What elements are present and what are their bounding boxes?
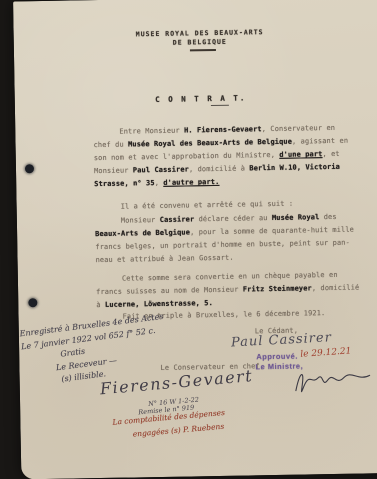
paragraph-parties: Entre Monsieur H. Fierens-Gevaert, Conse… bbox=[93, 122, 354, 192]
title-underline bbox=[211, 105, 229, 106]
paragraph-cession: Monsieur Cassirer déclare céder au Musée… bbox=[95, 211, 356, 268]
document-title: C O N T R A T. bbox=[15, 91, 377, 106]
approval-date: le 29.12.21 bbox=[300, 346, 352, 360]
cedant-signature: Paul Cassirer bbox=[231, 330, 333, 350]
institution-header: MUSEE ROYAL DES BEAUX-ARTS DE BELGIQUE bbox=[14, 26, 377, 49]
scanned-document: MUSEE ROYAL DES BEAUX-ARTS DE BELGIQUE C… bbox=[0, 0, 377, 479]
minister-signature bbox=[287, 361, 374, 400]
hole-punch-top bbox=[25, 164, 34, 173]
approuve-stamp: Approuvé. bbox=[256, 352, 298, 362]
accounting-note-line2: engagées (s) P. Ruebens bbox=[132, 422, 224, 439]
paper-sheet: MUSEE ROYAL DES BEAUX-ARTS DE BELGIQUE C… bbox=[13, 0, 377, 479]
paragraph-paiement: Cette somme sera convertie en un chèque … bbox=[96, 269, 357, 313]
hole-punch-bottom bbox=[28, 298, 37, 307]
header-underline bbox=[190, 49, 216, 51]
